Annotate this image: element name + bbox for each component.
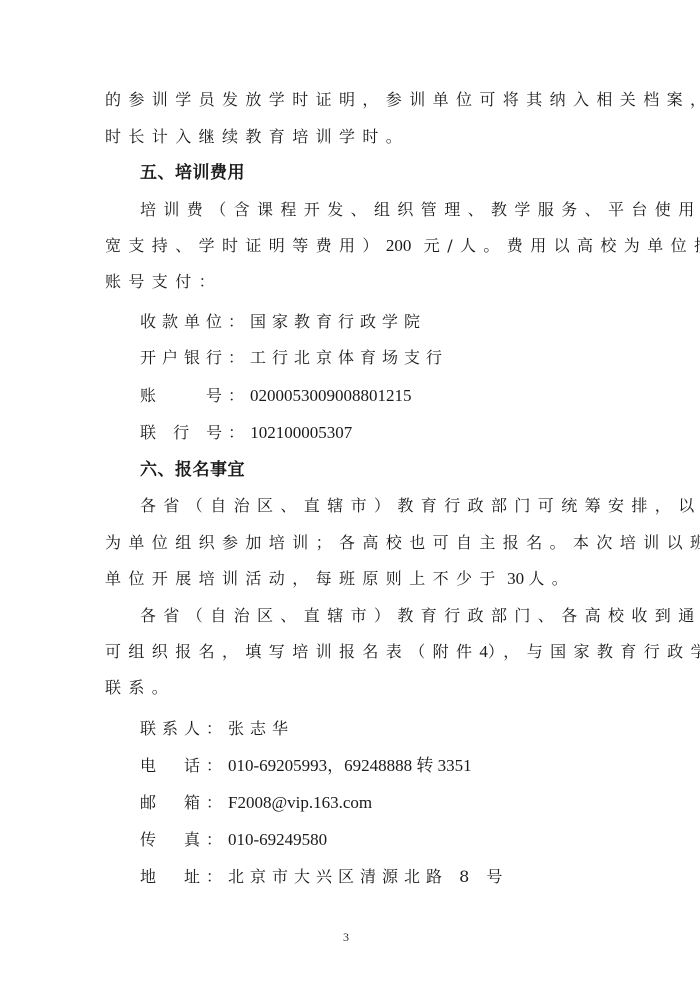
contact-label: 联系人：	[140, 717, 228, 741]
bank-row: 开户银行：工行北京体育场支行	[140, 346, 448, 370]
paragraph-line: 各省（自治区、直辖市）教育行政部门、各高校收到通知即	[140, 604, 700, 628]
bank-value: 工行北京体育场支行	[250, 348, 448, 367]
paragraph-line: 单位开展培训活动，每班原则上不少于 30 人。	[105, 567, 575, 591]
page-number: 3	[343, 930, 349, 945]
class-size: 30	[503, 569, 529, 588]
email-value: F2008@vip.163.com	[228, 793, 372, 812]
paragraph-line: 可组织报名，填写培训报名表（附件4），与国家教育行政学院	[105, 640, 700, 664]
section-heading-fees: 五、培训费用	[140, 161, 245, 185]
payee-value: 国家教育行政学院	[250, 312, 426, 331]
email-label: 邮 箱：	[140, 791, 228, 815]
document-page: 的参训学员发放学时证明，参训单位可将其纳入相关档案，学习 时长计入继续教育培训学…	[0, 0, 700, 993]
fax-row: 传 真：010-69249580	[140, 828, 327, 852]
text: 元/人。费用以高校为单位按下列	[411, 236, 700, 255]
bank-code-value: 102100005307	[250, 423, 352, 442]
fax-value: 010-69249580	[228, 830, 327, 849]
phone-value: 010-69205993，69248888 转 3351	[228, 756, 472, 775]
text: 单位开展培训活动，每班原则上不少于	[105, 569, 503, 588]
phone-row: 电 话：010-69205993，69248888 转 3351	[140, 754, 472, 778]
email-row: 邮 箱：F2008@vip.163.com	[140, 791, 372, 815]
payee-label: 收款单位：	[140, 310, 250, 334]
text: ），与国家教育行政学院	[488, 642, 700, 661]
address-value: 北京市大兴区清源北路 8 号	[228, 867, 508, 886]
account-row: 账 号：0200053009008801215	[140, 384, 412, 408]
paragraph-line: 各省（自治区、直辖市）教育行政部门可统筹安排，以高校	[140, 494, 700, 518]
attachment-number: 4	[479, 642, 488, 661]
paragraph-line: 账号支付：	[105, 270, 222, 294]
contact-row: 联系人：张志华	[140, 717, 294, 741]
account-value: 0200053009008801215	[250, 386, 412, 405]
fax-label: 传 真：	[140, 828, 228, 852]
paragraph-line: 为单位组织参加培训；各高校也可自主报名。本次培训以班级为	[105, 531, 700, 555]
paragraph-line: 时长计入继续教育培训学时。	[105, 125, 409, 149]
paragraph-line: 宽支持、学时证明等费用）200 元/人。费用以高校为单位按下列	[105, 234, 700, 258]
payee-row: 收款单位：国家教育行政学院	[140, 310, 426, 334]
bank-code-label: 联 行 号：	[140, 421, 250, 445]
text: 人。	[528, 569, 575, 588]
address-row: 地 址：北京市大兴区清源北路 8 号	[140, 865, 508, 889]
paragraph-line: 联系。	[105, 676, 175, 700]
phone-label: 电 话：	[140, 754, 228, 778]
paragraph-line: 培训费（含课程开发、组织管理、教学服务、平台使用、带	[140, 198, 700, 222]
paragraph-line: 的参训学员发放学时证明，参训单位可将其纳入相关档案，学习	[105, 88, 700, 112]
text: 宽支持、学时证明等费用）	[105, 236, 386, 255]
bank-code-row: 联 行 号：102100005307	[140, 421, 352, 445]
section-heading-registration: 六、报名事宜	[140, 458, 245, 482]
bank-label: 开户银行：	[140, 346, 250, 370]
contact-value: 张志华	[228, 719, 294, 738]
fee-amount: 200	[386, 236, 412, 255]
address-label: 地 址：	[140, 865, 228, 889]
text: 可组织报名，填写培训报名表（附件	[105, 642, 479, 661]
account-label: 账 号：	[140, 384, 250, 408]
